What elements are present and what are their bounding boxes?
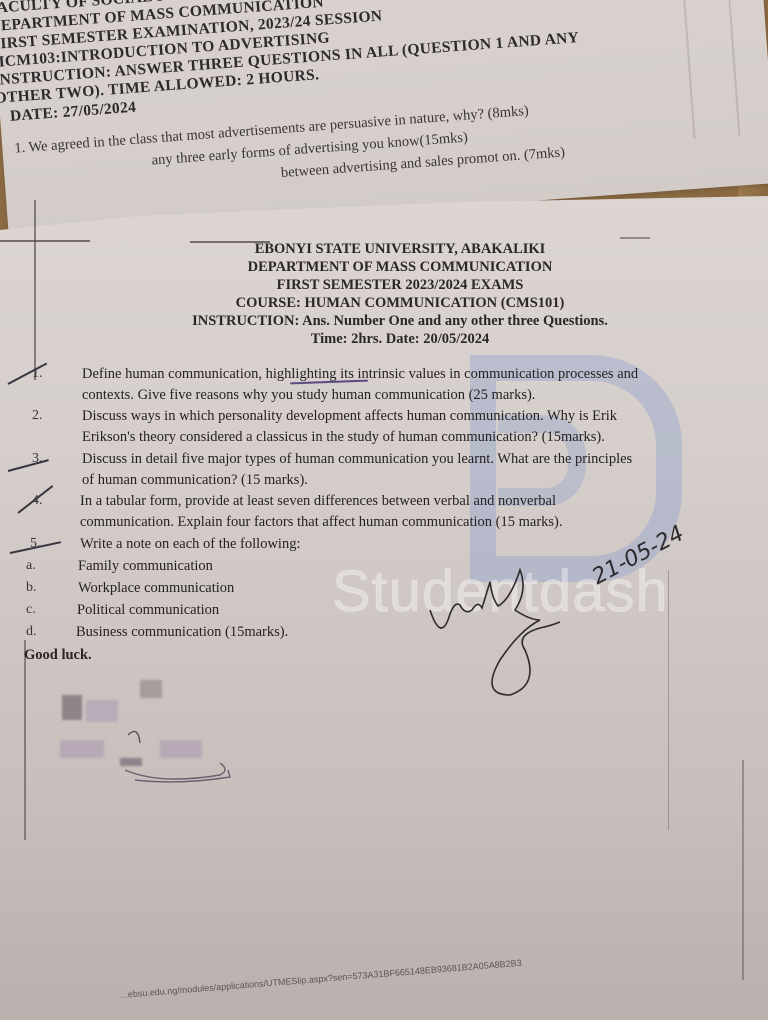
course-title: COURSE: HUMAN COMMUNICATION (CMS101) <box>130 295 670 312</box>
pen-scribble <box>120 725 240 785</box>
redacted-block <box>60 740 104 758</box>
question-text: In a tabular form, provide at least seve… <box>80 493 556 510</box>
instruction: INSTRUCTION: Ans. Number One and any oth… <box>130 313 670 330</box>
question-number: 2. <box>32 408 43 424</box>
question-text: communication. Explain four factors that… <box>80 514 563 531</box>
sub-item-text: Workplace communication <box>78 580 234 597</box>
time-date: Time: 2hrs. Date: 20/05/2024 <box>130 331 670 348</box>
question-text: Discuss in detail five major types of hu… <box>82 451 632 468</box>
redacted-block <box>62 695 82 720</box>
page-edge <box>742 760 744 980</box>
question-text: of human communication? (15 marks). <box>82 472 308 489</box>
sub-item-letter: a. <box>26 558 36 574</box>
redacted-block <box>140 680 162 698</box>
question-text: Erikson's theory considered a classicus … <box>82 429 605 446</box>
department-name: DEPARTMENT OF MASS COMMUNICATION <box>130 259 670 276</box>
margin-line <box>34 200 36 380</box>
paper-crease <box>678 0 695 139</box>
ruled-line <box>620 237 650 239</box>
good-luck-text: Good luck. <box>24 647 92 664</box>
sub-item-letter: b. <box>26 580 37 596</box>
question-text: Write a note on each of the following: <box>80 536 300 553</box>
semester-title: FIRST SEMESTER 2023/2024 EXAMS <box>130 277 670 294</box>
paper-crease <box>723 0 740 136</box>
university-name: EBONYI STATE UNIVERSITY, ABAKALIKI <box>130 241 670 258</box>
sub-item-letter: d. <box>26 624 37 640</box>
redacted-block <box>86 700 118 722</box>
question-text: contexts. Give five reasons why you stud… <box>82 387 535 404</box>
sub-item-text: Family communication <box>78 558 213 575</box>
margin-line <box>24 640 26 840</box>
sub-item-text: Business communication (15marks). <box>76 624 288 641</box>
question-text: Discuss ways in which personality develo… <box>82 408 617 425</box>
question-number: 5. <box>30 536 41 552</box>
vetted-signature <box>420 560 720 700</box>
sub-item-letter: c. <box>26 602 36 618</box>
ruled-line <box>0 240 90 242</box>
sub-item-text: Political communication <box>77 602 219 619</box>
